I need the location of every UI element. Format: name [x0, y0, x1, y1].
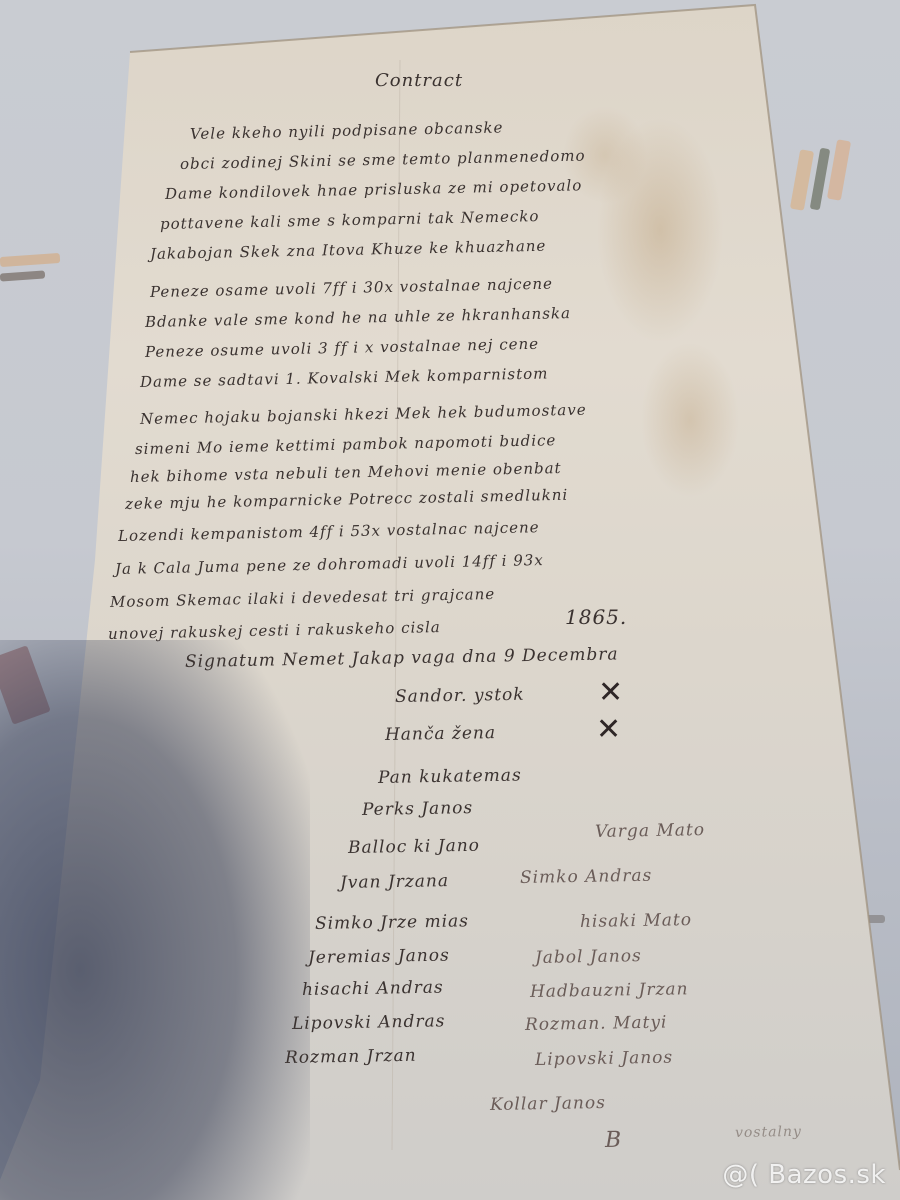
- witness-name: hisachi Andras: [302, 978, 444, 1000]
- witness-name: Rozman Jrzan: [285, 1046, 417, 1068]
- witness-name: Hadbauzni Jrzan: [530, 979, 689, 1002]
- cloth-stripe: [827, 139, 851, 201]
- witness-name: Varga Mato: [595, 820, 705, 842]
- witness-name: Perks Janos: [362, 798, 473, 820]
- x-mark-icon: ✕: [598, 675, 624, 710]
- witness-name: Lipovski Andras: [292, 1011, 446, 1034]
- witness-name: Simko Andras: [520, 866, 653, 888]
- final-signatory: Kollar Janos: [490, 1093, 606, 1115]
- witness-name: hisaki Mato: [580, 910, 692, 932]
- bazos-watermark: @( Bazos.sk: [722, 1160, 886, 1190]
- x-mark-icon: ✕: [596, 712, 622, 747]
- cloth-stripe: [0, 253, 60, 267]
- corner-note: vostalny: [735, 1124, 802, 1141]
- cloth-stripe: [0, 645, 51, 724]
- document-year: 1865.: [565, 605, 627, 629]
- witness-name: Simko Jrze mias: [315, 911, 469, 934]
- witness-name: Jabol Janos: [535, 946, 642, 968]
- final-mark: B: [605, 1128, 623, 1153]
- signatory-name: Sandor. ystok: [395, 685, 525, 707]
- witness-name: Rozman. Matyi: [525, 1013, 668, 1035]
- document-title: Contract: [375, 70, 463, 91]
- witness-name: Pan kukatemas: [378, 765, 522, 788]
- signatory-name: Hanča žena: [385, 723, 496, 745]
- witness-name: Balloc ki Jano: [348, 836, 480, 858]
- witness-name: Jvan Jrzana: [340, 871, 449, 893]
- witness-name: Jeremias Janos: [308, 946, 450, 968]
- witness-name: Lipovski Janos: [535, 1048, 673, 1070]
- cloth-stripe: [0, 270, 45, 281]
